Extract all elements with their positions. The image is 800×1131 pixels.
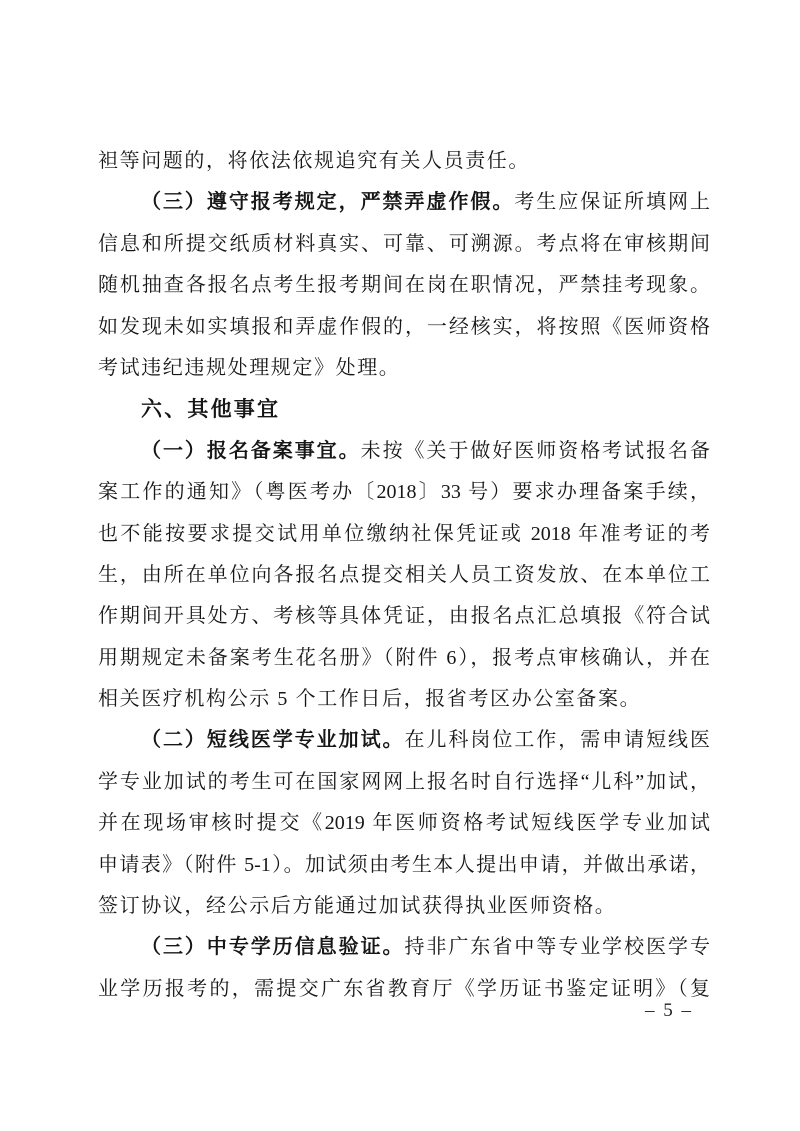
body-text: 如发现未如实填报和弄虚作假的，一经核实，将按照《医师资格: [98, 316, 710, 338]
document-text-line: 也不能按要求提交试用单位缴纳社保凭证或 2018 年准考证的考: [98, 514, 710, 555]
document-text-line: 学专业加试的考生可在国家网网上报名时自行选择“儿科”加试，: [98, 762, 710, 803]
body-text: 持非广东省中等专业学校医学专: [405, 936, 710, 958]
body-text: 签订协议，经公示后方能通过加试获得执业医师资格。: [98, 895, 616, 917]
body-text: 随机抽查各报名点考生报考期间在岗在职情况，严禁挂考现象。: [98, 274, 710, 296]
body-text: 并在现场审核时提交《2019 年医师资格考试短线医学专业加试: [98, 812, 710, 834]
body-text: 作期间开具处方、考核等具体凭证，由报名点汇总填报《符合试: [98, 605, 710, 627]
emphasis-text: 六、其他事宜: [141, 398, 280, 421]
document-text-line: 并在现场审核时提交《2019 年医师资格考试短线医学专业加试: [98, 803, 710, 844]
document-text-line: 考试违纪违规处理规定》处理。: [98, 348, 710, 389]
document-text-line: 如发现未如实填报和弄虚作假的，一经核实，将按照《医师资格: [98, 307, 710, 348]
emphasis-text: （三）遵守报考规定，严禁弄虚作假。: [141, 191, 514, 213]
body-text: 也不能按要求提交试用单位缴纳社保凭证或 2018 年准考证的考: [98, 523, 710, 545]
body-text: 申请表》（附件 5-1）。加试须由考生本人提出申请，并做出承诺，: [98, 854, 710, 876]
document-page: 袒等问题的，将依法依规追究有关人员责任。（三）遵守报考规定，严禁弄虚作假。考生应…: [0, 0, 800, 1131]
body-text: 相关医疗机构公示 5 个工作日后，报省考区办公室备案。: [98, 688, 641, 710]
document-text-line: 申请表》（附件 5-1）。加试须由考生本人提出申请，并做出承诺，: [98, 845, 710, 886]
body-text: 未按《关于做好医师资格考试报名备: [361, 440, 710, 462]
body-text: 考生应保证所填网上: [514, 191, 710, 213]
body-text: 业学历报考的，需提交广东省教育厅《学历证书鉴定证明》（复: [98, 978, 710, 1000]
document-text-line: （二）短线医学专业加试。在儿科岗位工作，需申请短线医: [98, 720, 710, 761]
document-text-line: 业学历报考的，需提交广东省教育厅《学历证书鉴定证明》（复: [98, 969, 710, 1010]
document-text-line: 随机抽查各报名点考生报考期间在岗在职情况，严禁挂考现象。: [98, 265, 710, 306]
document-text-line: 生，由所在单位向各报名点提交相关人员工资发放、在本单位工: [98, 555, 710, 596]
body-text: 在儿科岗位工作，需申请短线医: [405, 729, 710, 751]
document-text-line: （三）中专学历信息验证。持非广东省中等专业学校医学专: [98, 927, 710, 968]
document-text-line: 签订协议，经公示后方能通过加试获得执业医师资格。: [98, 886, 710, 927]
document-text-line: 案工作的通知》（粤医考办〔2018〕33 号）要求办理备案手续，: [98, 472, 710, 513]
body-text: 案工作的通知》（粤医考办〔2018〕33 号）要求办理备案手续，: [98, 481, 710, 503]
document-body: 袒等问题的，将依法依规追究有关人员责任。（三）遵守报考规定，严禁弄虚作假。考生应…: [98, 141, 710, 1010]
document-text-line: 信息和所提交纸质材料真实、可靠、可溯源。考点将在审核期间: [98, 224, 710, 265]
body-text: 学专业加试的考生可在国家网网上报名时自行选择“儿科”加试，: [98, 771, 710, 793]
emphasis-text: （一）报名备案事宜。: [141, 440, 361, 462]
emphasis-text: （二）短线医学专业加试。: [141, 729, 405, 751]
emphasis-text: （三）中专学历信息验证。: [141, 936, 405, 958]
document-text-line: 相关医疗机构公示 5 个工作日后，报省考区办公室备案。: [98, 679, 710, 720]
body-text: 用期规定未备案考生花名册》（附件 6），报考点审核确认，并在: [98, 647, 710, 669]
body-text: 考试违纪违规处理规定》处理。: [98, 357, 400, 379]
body-text: 生，由所在单位向各报名点提交相关人员工资发放、在本单位工: [98, 564, 710, 586]
document-text-line: （一）报名备案事宜。未按《关于做好医师资格考试报名备: [98, 431, 710, 472]
document-text-line: 作期间开具处方、考核等具体凭证，由报名点汇总填报《符合试: [98, 596, 710, 637]
body-text: 信息和所提交纸质材料真实、可靠、可溯源。考点将在审核期间: [98, 233, 710, 255]
document-text-line: 用期规定未备案考生花名册》（附件 6），报考点审核确认，并在: [98, 638, 710, 679]
section-heading: 六、其他事宜: [98, 389, 710, 430]
document-text-line: （三）遵守报考规定，严禁弄虚作假。考生应保证所填网上: [98, 182, 710, 223]
page-number: – 5 –: [626, 1000, 712, 1022]
document-text-line: 袒等问题的，将依法依规追究有关人员责任。: [98, 141, 710, 182]
body-text: 袒等问题的，将依法依规追究有关人员责任。: [98, 150, 530, 172]
